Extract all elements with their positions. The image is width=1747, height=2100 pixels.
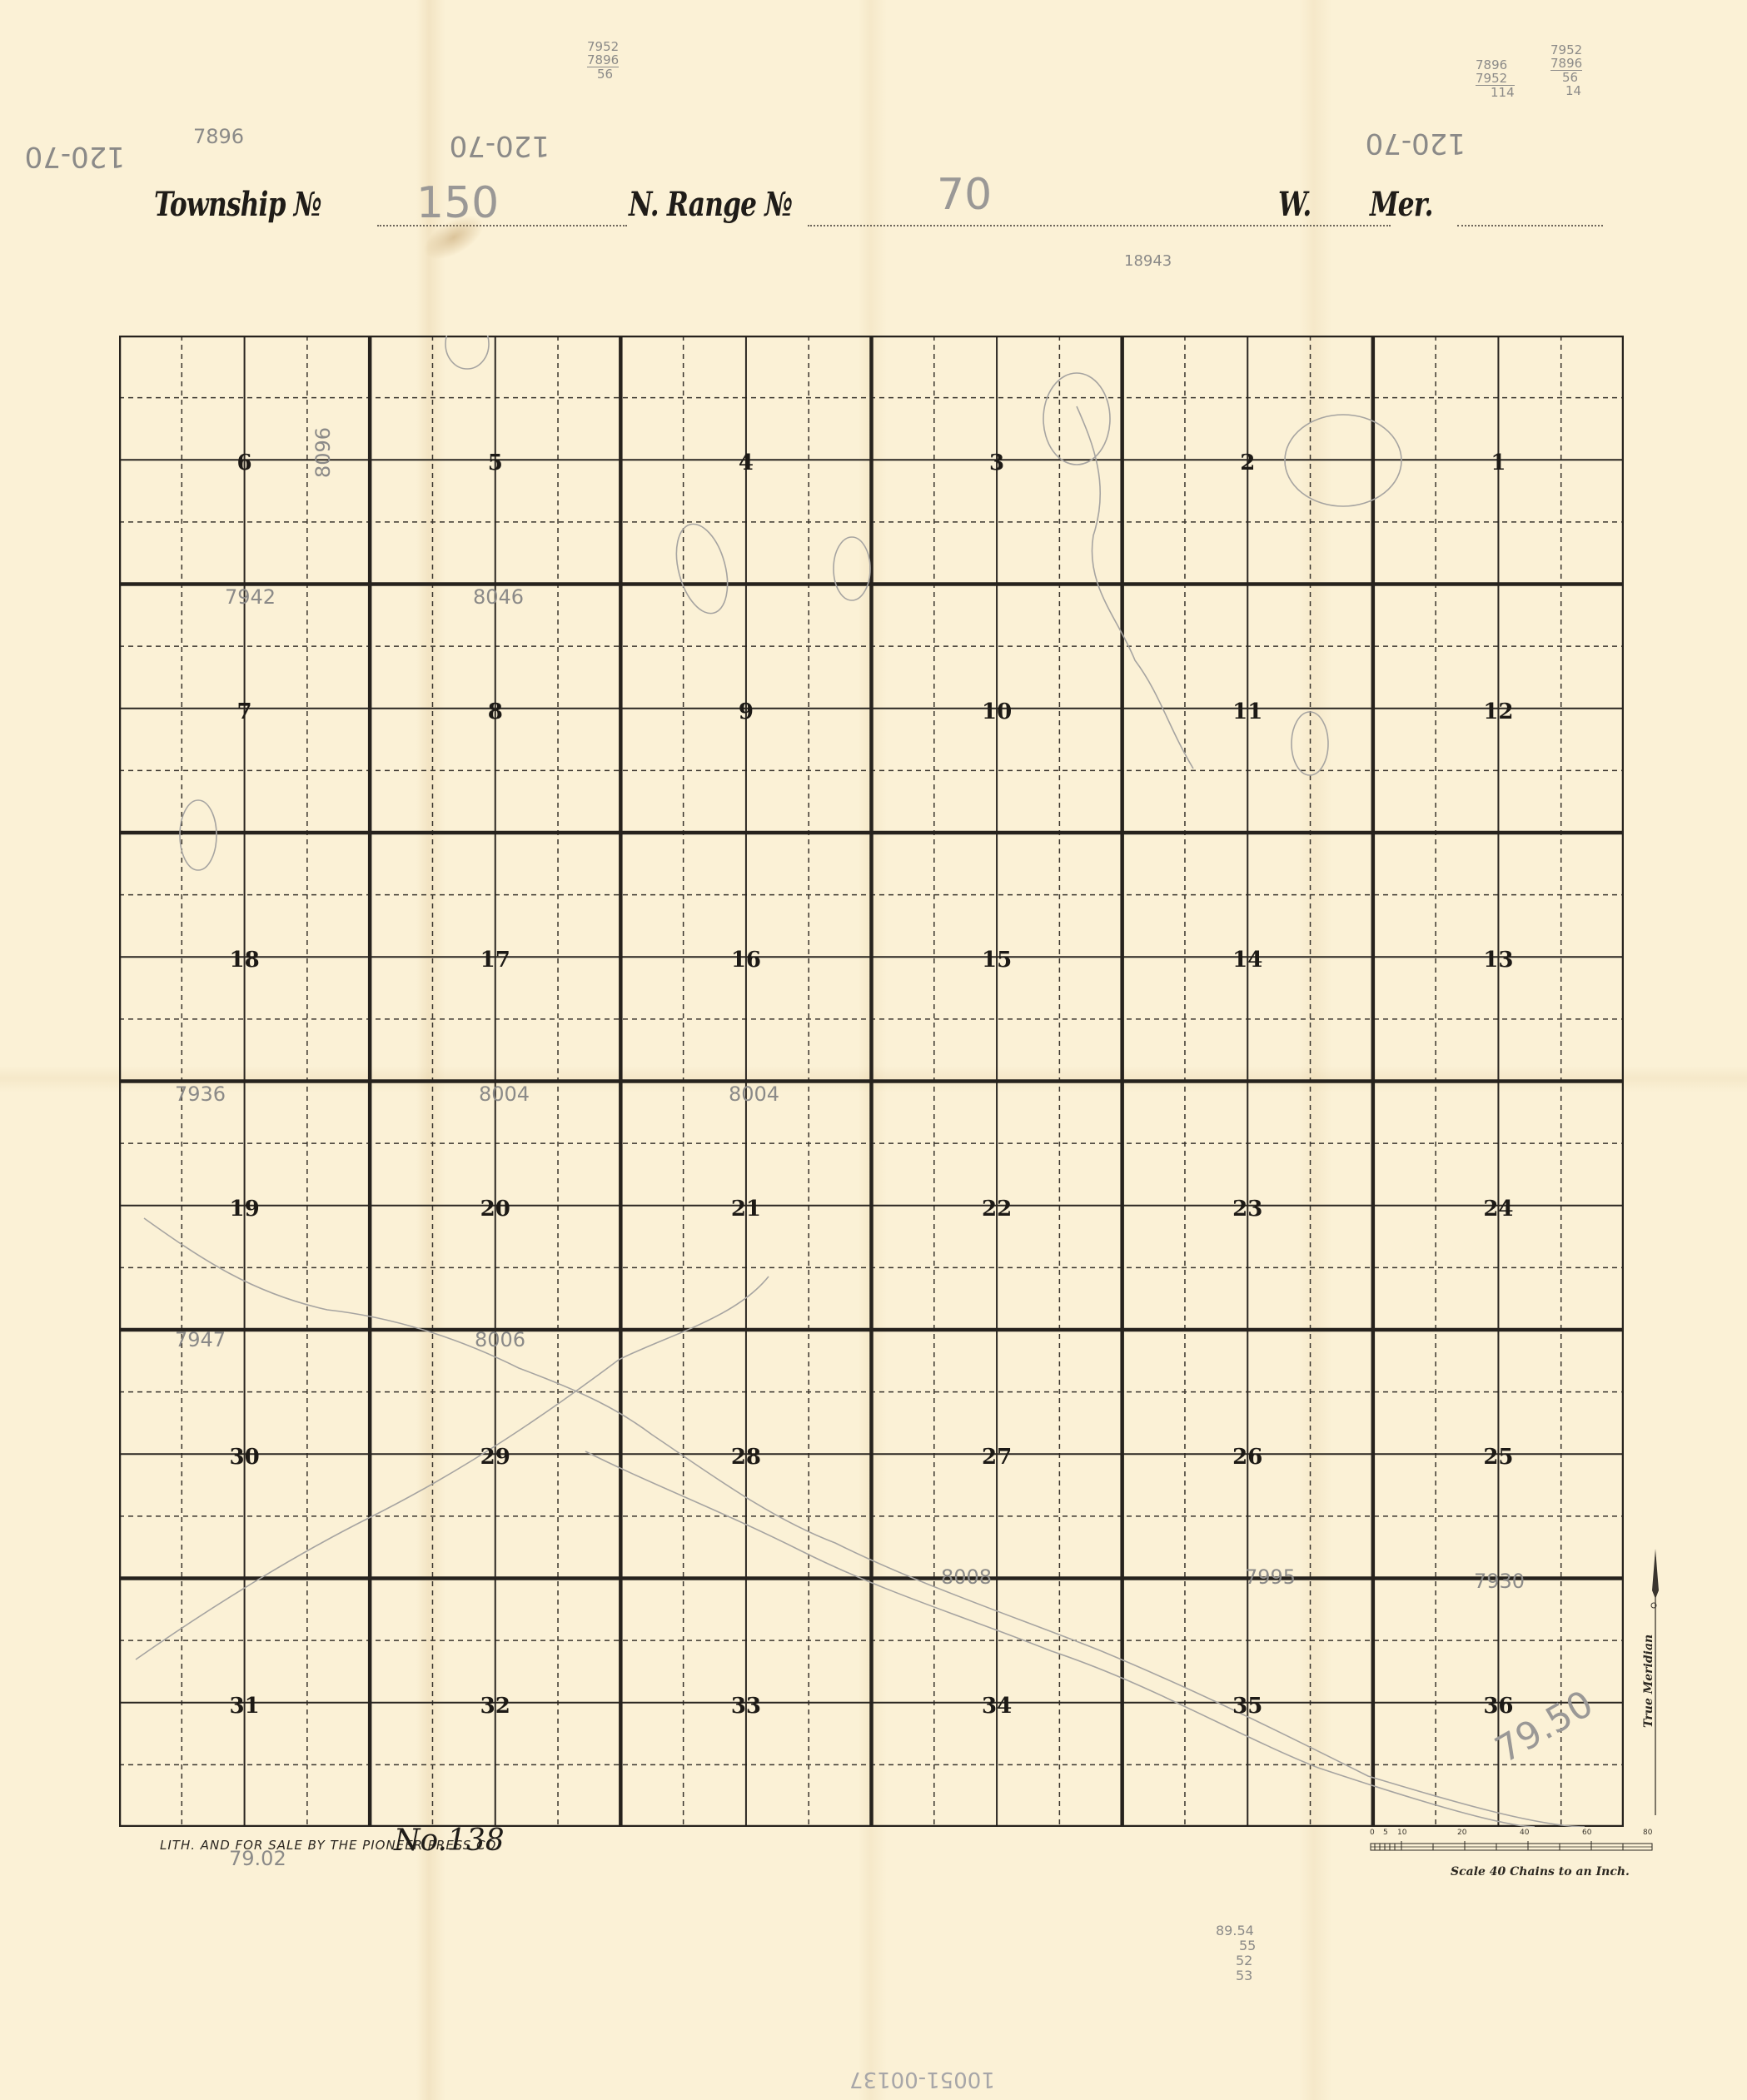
pencil-elevation: 8006	[475, 1328, 525, 1351]
section-number-12: 12	[1483, 699, 1513, 724]
section-number-11: 11	[1232, 699, 1262, 724]
section-number-29: 29	[480, 1445, 510, 1470]
section-number-2: 2	[1240, 450, 1255, 475]
section-number-31: 31	[229, 1694, 259, 1719]
section-number-13: 13	[1483, 948, 1513, 973]
section-number-4: 4	[739, 450, 754, 475]
range-value: 70	[937, 170, 992, 220]
meridian-field-line	[1457, 225, 1603, 226]
section-number-32: 32	[480, 1694, 510, 1719]
section-number-24: 24	[1483, 1197, 1513, 1222]
pencil-note: 7896	[193, 125, 244, 148]
township-label: Township №	[154, 185, 321, 224]
pencil-calc: 7952 7896 56	[587, 40, 619, 81]
section-number-26: 26	[1232, 1445, 1262, 1470]
section-number-35: 35	[1232, 1694, 1262, 1719]
section-number-8: 8	[488, 699, 503, 724]
section-number-17: 17	[480, 948, 510, 973]
township-field-line	[377, 225, 627, 226]
meridian-direction: W.	[1278, 185, 1311, 224]
pencil-elevation: 8096	[311, 427, 335, 478]
range-label: N. Range №	[629, 185, 792, 224]
section-number-14: 14	[1232, 948, 1262, 973]
section-number-23: 23	[1232, 1197, 1262, 1222]
township-grid: 6543217891011121817161514131920212223243…	[119, 336, 1624, 1827]
plat-header: Township № 150 N. Range № 70 W. Mer.	[154, 182, 1603, 231]
section-number-3: 3	[989, 450, 1004, 475]
section-number-10: 10	[982, 699, 1012, 724]
pencil-elevation: 7995	[1245, 1565, 1296, 1589]
meridian-label: Mer.	[1370, 185, 1433, 224]
pencil-calc: 7896 7952 114	[1476, 58, 1515, 99]
section-number-36: 36	[1483, 1694, 1513, 1719]
pencil-elevation: 8004	[729, 1082, 779, 1106]
pencil-elevation: 8046	[473, 585, 524, 609]
section-number-19: 19	[229, 1197, 259, 1222]
section-number-33: 33	[731, 1694, 761, 1719]
pencil-calc: 7952 7896 56 14	[1550, 43, 1582, 97]
pencil-elevation: 7947	[175, 1328, 226, 1351]
pencil-elevation: 7936	[175, 1082, 226, 1106]
grid-lines	[119, 336, 1624, 1827]
pencil-note: 79.02	[229, 1847, 286, 1870]
pencil-elevation: 8004	[479, 1082, 530, 1106]
section-number-16: 16	[731, 948, 761, 973]
plat-number: No.138	[394, 1824, 505, 1858]
section-number-28: 28	[731, 1445, 761, 1470]
range-field-line	[808, 225, 1391, 226]
section-number-18: 18	[229, 948, 259, 973]
section-number-30: 30	[229, 1445, 259, 1470]
section-number-7: 7	[237, 699, 252, 724]
section-number-15: 15	[982, 948, 1012, 973]
pencil-elevation: 8008	[941, 1565, 992, 1589]
section-number-9: 9	[739, 699, 754, 724]
pencil-note: 18943	[1124, 252, 1172, 270]
section-number-6: 6	[237, 450, 252, 475]
section-number-21: 21	[731, 1197, 761, 1222]
pencil-note-rotated: 120-70	[450, 129, 550, 162]
section-number-1: 1	[1491, 450, 1506, 475]
true-meridian-label: True Meridian	[1642, 1635, 1655, 1728]
pencil-note-rotated: 120-70	[1366, 127, 1466, 160]
section-number-22: 22	[982, 1197, 1012, 1222]
section-number-25: 25	[1483, 1445, 1513, 1470]
pencil-calc: 89.54 55 52 53	[1216, 1923, 1256, 1983]
pencil-elevation: 7942	[225, 585, 276, 609]
pencil-note-rotated: 120-70	[25, 140, 125, 173]
archive-stamp: 10051-00137	[849, 2067, 995, 2092]
section-number-20: 20	[480, 1197, 510, 1222]
scale-ruler	[1370, 1839, 1653, 1864]
scale-caption: Scale 40 Chains to an Inch.	[1451, 1865, 1630, 1879]
pencil-elevation: 7930	[1474, 1570, 1525, 1593]
section-number-34: 34	[982, 1694, 1012, 1719]
section-number-27: 27	[982, 1445, 1012, 1470]
section-number-5: 5	[488, 450, 503, 475]
